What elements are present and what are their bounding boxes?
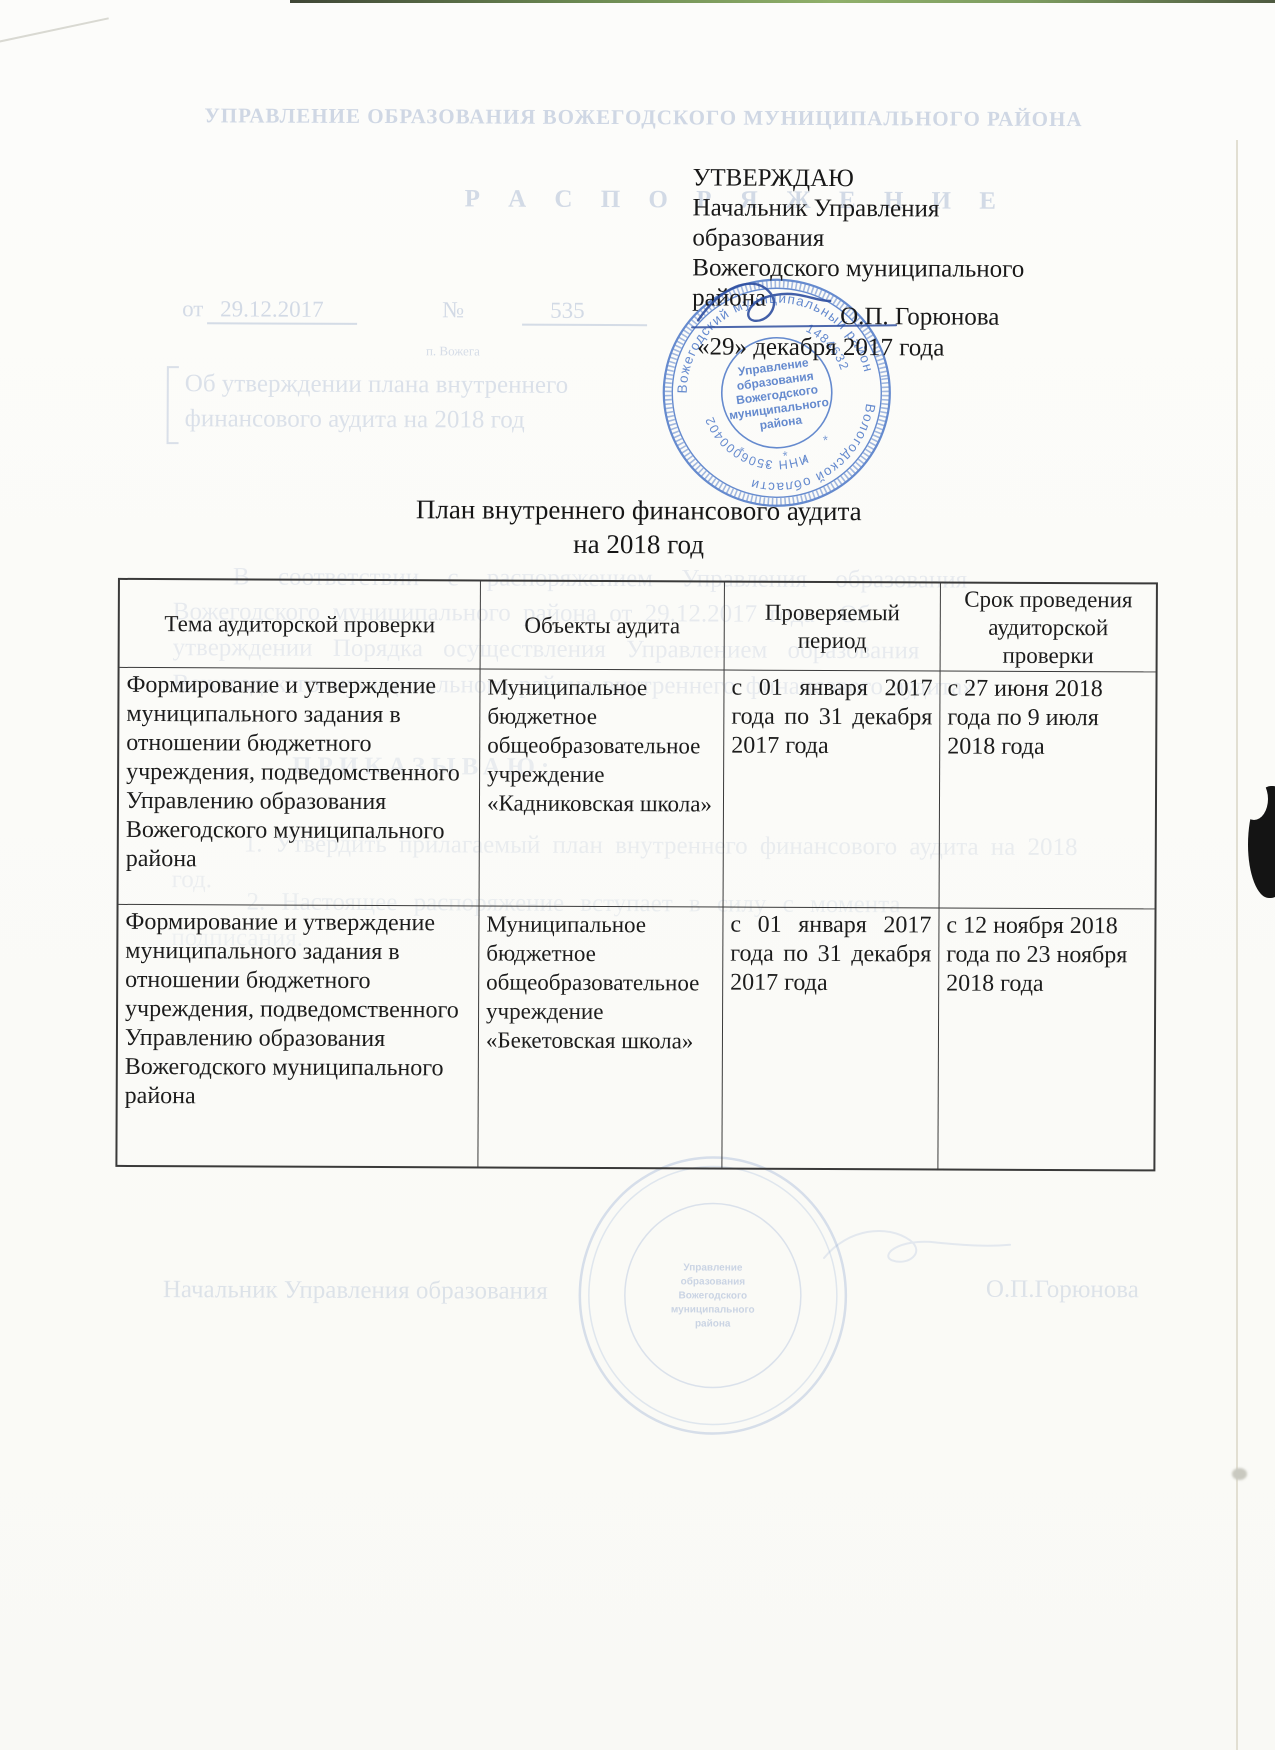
ghost-footer-position: Начальник Управления образования [163,1276,548,1306]
ghost-date-prefix: от [182,296,203,322]
ghost-subject-bracket [167,366,179,444]
svg-text:*: * [782,448,789,464]
row2-object-cell: Муниципальное бюджетное общеобразователь… [478,906,723,1167]
ghost-subject-line1: Об утверждении плана внутреннего [185,370,568,400]
row1-period-cell: с 01 января 2017 года по 31 декабря 2017… [724,671,941,909]
signature [688,270,908,341]
ghost-date-underline [207,322,357,325]
column-header-objects: Объекты аудита [481,581,725,670]
scanned-document-page: УПРАВЛЕНИЕ ОБРАЗОВАНИЯ ВОЖЕГОДСКОГО МУНИ… [0,0,1275,1750]
scan-smudge [1232,1468,1247,1480]
ghost-order-number: 535 [550,298,585,324]
row1-object-cell: Муниципальное бюджетное общеобразователь… [480,669,725,907]
ghost-order-date: 29.12.2017 [220,296,324,322]
row1-theme-cell: Формирование и утверждение муниципальног… [119,668,481,907]
approval-line1: Начальник Управления [693,193,1033,224]
audit-plan-table: Тема аудиторской проверки Объекты аудита… [115,578,1158,1172]
row2-term-cell: с 12 ноября 2018 года по 23 ноября 2018 … [938,908,1154,1169]
approval-title: УТВЕРЖДАЮ [693,163,1033,194]
ghost-stamp: Управление образования Вожегодского муни… [562,1150,863,1441]
column-header-theme: Тема аудиторской проверки [120,580,481,670]
ghost-number-sign: № [442,297,464,323]
scan-top-edge-line [290,0,1275,3]
column-header-term: Срок проведения аудиторской проверки [941,583,1156,672]
ghost-number-underline [522,324,647,327]
row1-term-cell: с 27 июня 2018 года по 9 июля 2018 года [940,671,1156,909]
ghost-stamp-line1: Управление [683,1262,743,1273]
ghost-stamp-line4: муниципального [671,1304,755,1315]
ghost-subject-line2: финансового аудита на 2018 год [185,405,525,434]
ghost-place: п. Вожега [426,343,480,359]
ghost-stamp-line5: района [695,1318,731,1329]
ghost-department-heading: УПРАВЛЕНИЕ ОБРАЗОВАНИЯ ВОЖЕГОДСКОГО МУНИ… [171,103,1116,132]
approval-line2: образования [692,223,1032,254]
column-header-period: Проверяемый период [725,583,941,672]
svg-text:*: * [822,432,829,448]
ghost-signature [818,1216,1018,1277]
svg-text:*: * [802,454,809,470]
row2-period-cell: с 01 января 2017 года по 31 декабря 2017… [722,908,939,1169]
ghost-footer-name: О.П.Горюнова [986,1276,1139,1305]
document-title-line1: План внутреннего финансового аудита [1,492,1275,529]
ghost-stamp-line2: образования [681,1275,746,1287]
document-sheet: УПРАВЛЕНИЕ ОБРАЗОВАНИЯ ВОЖЕГОДСКОГО МУНИ… [0,0,1275,1750]
svg-text:*: * [739,444,746,460]
row2-theme-cell: Формирование и утверждение муниципальног… [117,905,479,1167]
paper-right-edge [1236,140,1238,1750]
document-title-line2: на 2018 год [1,526,1275,563]
scan-ink-blob-notch [1240,778,1268,820]
ghost-stamp-line3: Вожегодского [678,1290,747,1301]
